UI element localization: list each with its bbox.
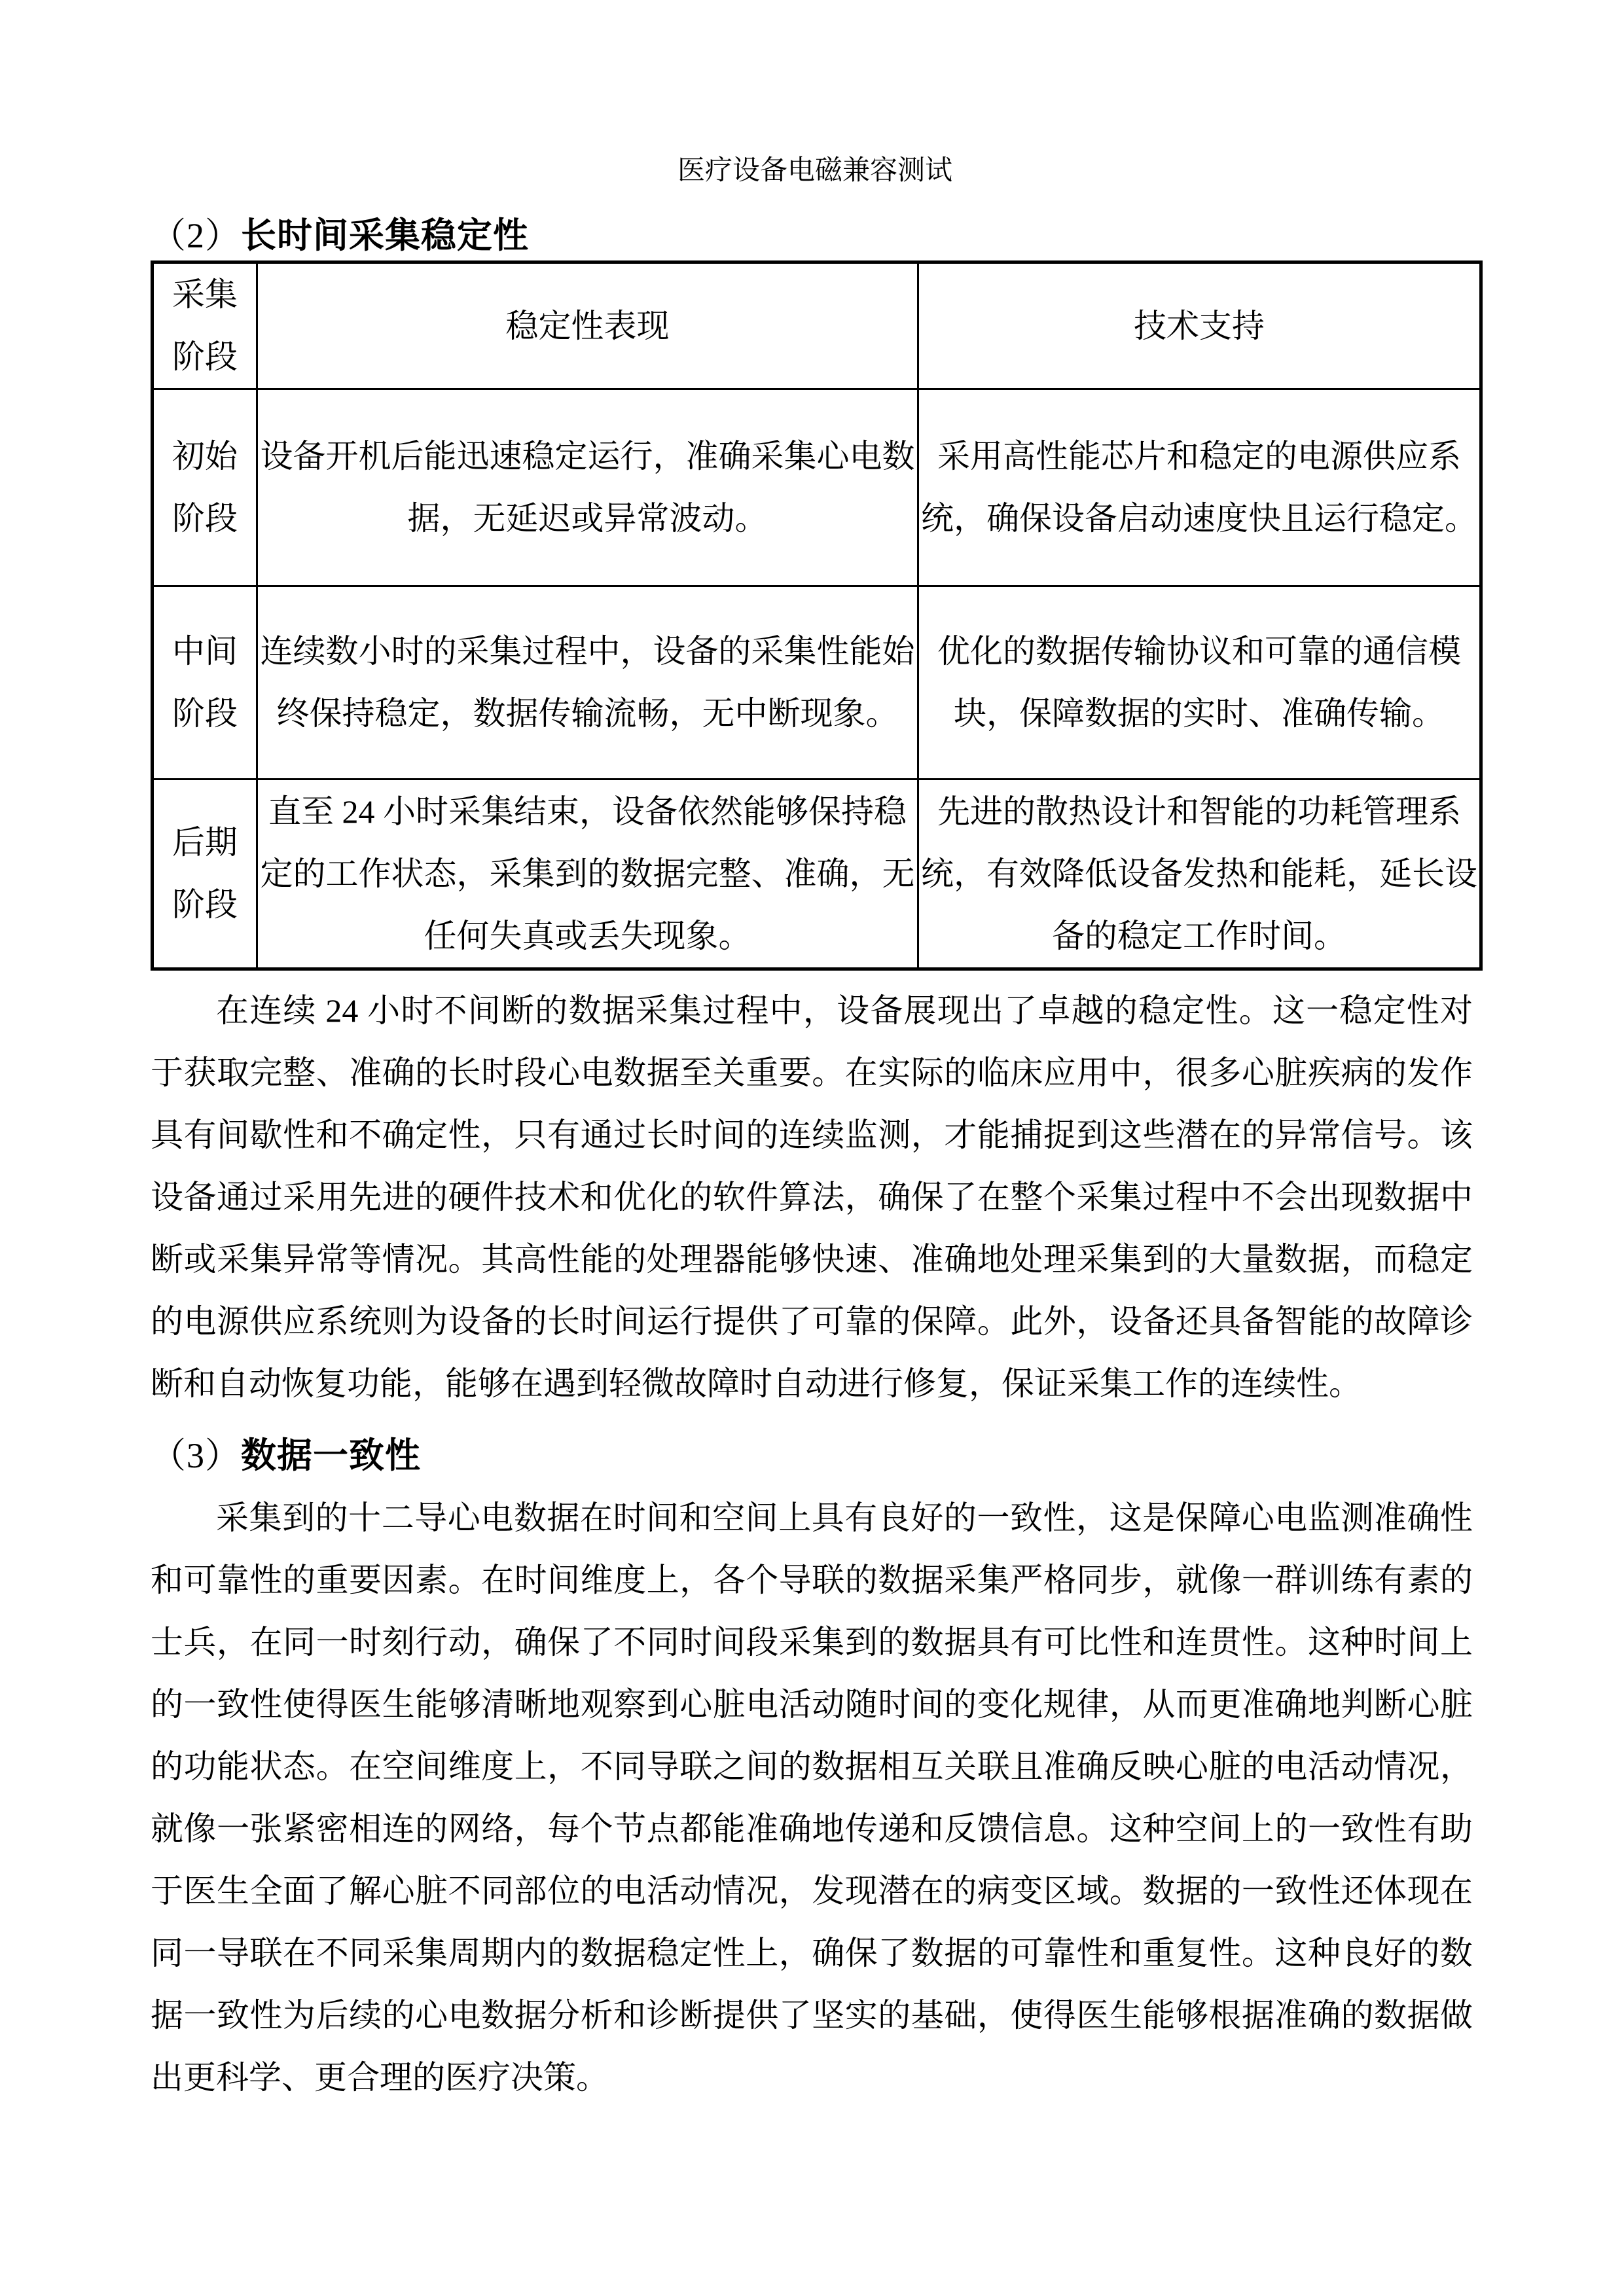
cell-performance: 设备开机后能迅速稳定运行，准确采集心电数据，无延迟或异常波动。	[257, 389, 918, 586]
table-header-row: 采集 阶段 稳定性表现 技术支持	[153, 262, 1481, 389]
paragraph-stability: 在连续 24 小时不间断的数据采集过程中，设备展现出了卓越的稳定性。这一稳定性对…	[151, 980, 1473, 1415]
document-page: 医疗设备电磁兼容测试 （2）长时间采集稳定性 采集 阶段 稳定性表现 技术支持 …	[0, 0, 1624, 2296]
cell-stage: 后期 阶段	[153, 780, 257, 969]
cell-stage: 中间 阶段	[153, 586, 257, 780]
column-header-stage: 采集 阶段	[153, 262, 257, 389]
stability-table: 采集 阶段 稳定性表现 技术支持 初始 阶段 设备开机后能迅速稳定运行，准确采集…	[151, 260, 1483, 971]
cell-support: 采用高性能芯片和稳定的电源供应系统，确保设备启动速度快且运行稳定。	[918, 389, 1481, 586]
table-row-initial-stage: 初始 阶段 设备开机后能迅速稳定运行，准确采集心电数据，无延迟或异常波动。 采用…	[153, 389, 1481, 586]
section-number: （2）	[151, 216, 241, 255]
column-header-performance: 稳定性表现	[257, 262, 918, 389]
paragraph-consistency: 采集到的十二导心电数据在时间和空间上具有良好的一致性，这是保障心电监测准确性和可…	[151, 1487, 1473, 2109]
cell-support: 先进的散热设计和智能的功耗管理系统，有效降低设备发热和能耗，延长设备的稳定工作时…	[918, 780, 1481, 969]
cell-support: 优化的数据传输协议和可靠的通信模块，保障数据的实时、准确传输。	[918, 586, 1481, 780]
section-number: （3）	[151, 1436, 241, 1475]
section-title: 数据一致性	[241, 1436, 421, 1475]
section-heading-consistency: （3）数据一致性	[151, 1432, 1479, 1479]
section-title: 长时间采集稳定性	[241, 216, 529, 255]
cell-stage: 初始 阶段	[153, 389, 257, 586]
table-row-late-stage: 后期 阶段 直至 24 小时采集结束，设备依然能够保持稳定的工作状态，采集到的数…	[153, 780, 1481, 969]
cell-performance: 直至 24 小时采集结束，设备依然能够保持稳定的工作状态，采集到的数据完整、准确…	[257, 780, 918, 969]
column-header-support: 技术支持	[918, 262, 1481, 389]
table-row-middle-stage: 中间 阶段 连续数小时的采集过程中，设备的采集性能始终保持稳定，数据传输流畅，无…	[153, 586, 1481, 780]
cell-performance: 连续数小时的采集过程中，设备的采集性能始终保持稳定，数据传输流畅，无中断现象。	[257, 586, 918, 780]
page-header-title: 医疗设备电磁兼容测试	[151, 156, 1479, 186]
section-heading-stability: （2）长时间采集稳定性	[151, 212, 1479, 259]
